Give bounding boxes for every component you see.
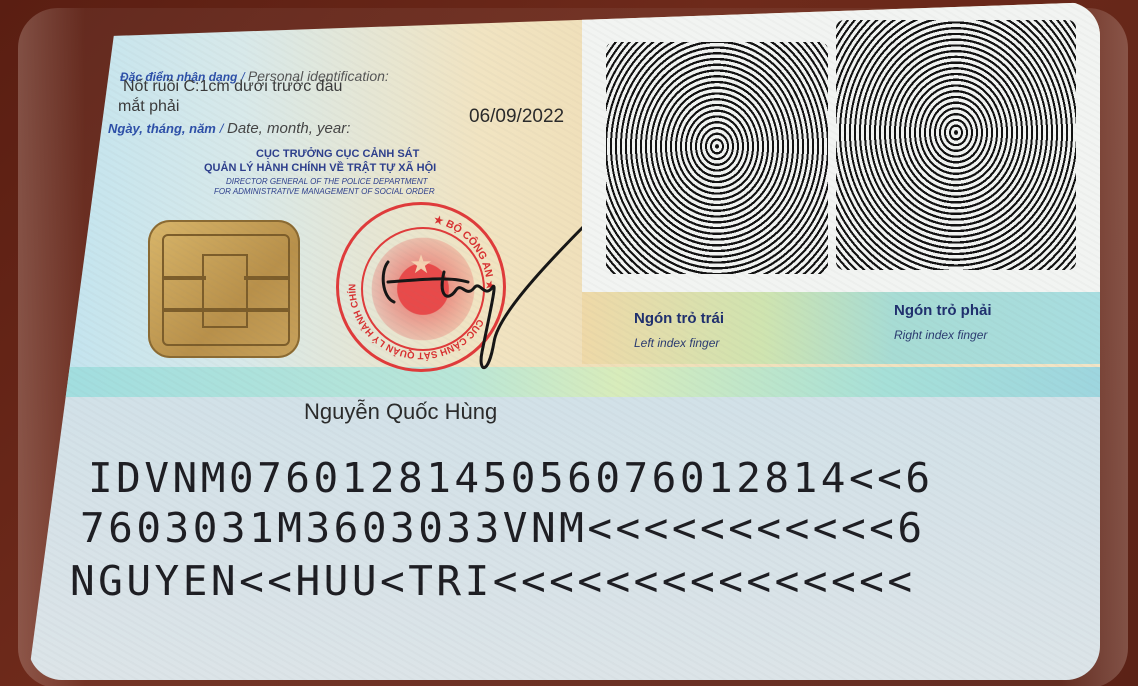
issue-date-label-vi: Ngày, tháng, năm (108, 121, 216, 136)
issue-date-label: Ngày, tháng, năm / Date, month, year: (108, 120, 350, 137)
issue-date-value: 06/09/2022 (469, 106, 564, 128)
right-finger-label-en: Right index finger (894, 328, 987, 342)
issue-date-label-en: Date, month, year: (227, 120, 350, 137)
left-index-fingerprint (606, 42, 828, 274)
mrz-line-2: 7603031M3603033VNM<<<<<<<<<<<6 (80, 504, 926, 552)
authority-line1-vi: CỤC TRƯỞNG CỤC CẢNH SÁT (256, 148, 419, 160)
mrz-line-3: NGUYEN<<HUU<TRI<<<<<<<<<<<<<<< (70, 557, 916, 605)
mrz-line-1: IDVNM0760128145056076012814<<6 (88, 454, 934, 502)
chip-icon (148, 220, 300, 358)
authority-line1-en: DIRECTOR GENERAL OF THE POLICE DEPARTMEN… (226, 177, 428, 186)
id-card-back: Đặc điểm nhận dạng / Personal identifica… (28, 2, 1100, 680)
personal-id-value-1: Nốt ruồi C:1cm dưới trước đầu (123, 78, 342, 96)
personal-id-value-2: mắt phải (118, 98, 179, 116)
right-index-fingerprint (836, 20, 1076, 270)
fingerprint-label-band (582, 292, 1100, 364)
authority-line2-en: FOR ADMINISTRATIVE MANAGEMENT OF SOCIAL … (214, 187, 435, 196)
left-finger-label-en: Left index finger (634, 336, 719, 350)
signer-name: Nguyễn Quốc Hùng (304, 399, 497, 425)
left-finger-label-vi: Ngón trỏ trái (634, 310, 724, 327)
signature (358, 202, 618, 392)
authority-line2-vi: QUẢN LÝ HÀNH CHÍNH VỀ TRẬT TỰ XÃ HỘI (204, 162, 436, 174)
right-finger-label-vi: Ngón trỏ phải (894, 302, 992, 319)
